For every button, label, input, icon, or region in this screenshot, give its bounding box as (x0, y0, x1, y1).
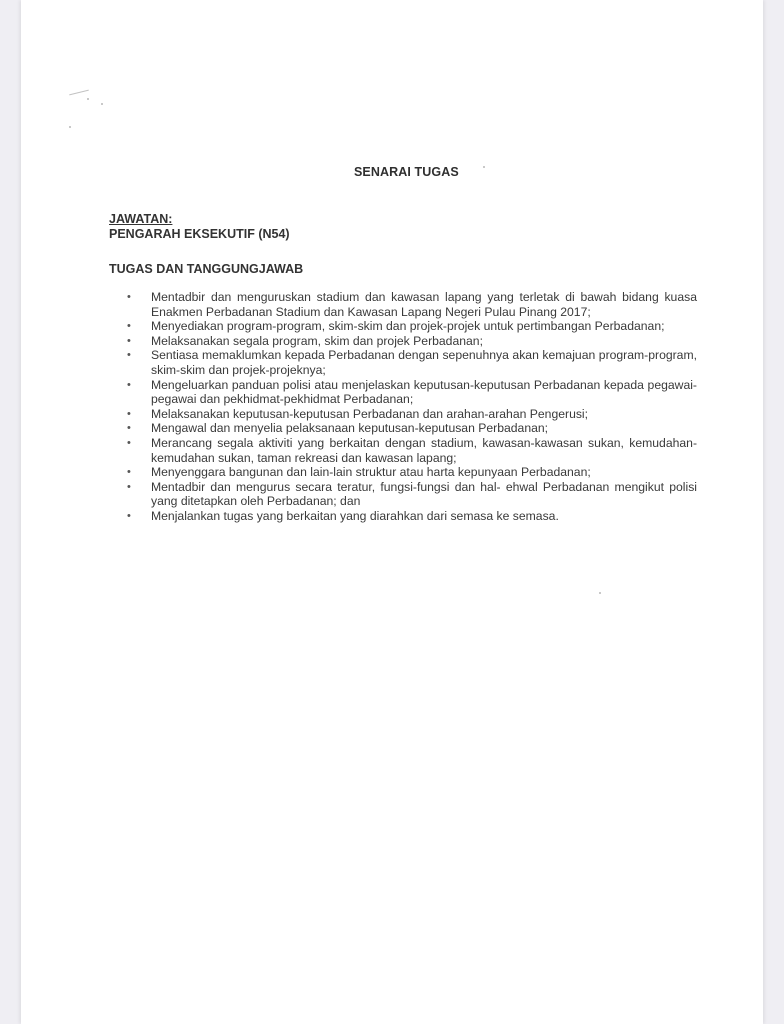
duty-item: •Mengawal dan menyelia pelaksanaan keput… (121, 421, 697, 436)
duty-item: •Mengeluarkan panduan polisi atau menjel… (121, 378, 697, 407)
duty-item: •Sentiasa memaklumkan kepada Perbadanan … (121, 348, 697, 377)
duty-text: Merancang segala aktiviti yang berkaitan… (151, 436, 697, 465)
duty-item: •Menyediakan program-program, skim-skim … (121, 319, 697, 334)
bullet-icon: • (127, 421, 131, 436)
duties-list: •Mentadbir dan menguruskan stadium dan k… (121, 290, 697, 524)
duty-text: Sentiasa memaklumkan kepada Perbadanan d… (151, 348, 697, 377)
bullet-icon: • (127, 509, 131, 524)
duty-item: •Menyenggara bangunan dan lain-lain stru… (121, 465, 697, 480)
duty-item: •Menjalankan tugas yang berkaitan yang d… (121, 509, 697, 524)
bullet-icon: • (127, 465, 131, 480)
duty-text: Menyenggara bangunan dan lain-lain struk… (151, 465, 591, 479)
duty-text: Mengeluarkan panduan polisi atau menjela… (151, 378, 697, 407)
bullet-icon: • (127, 290, 131, 305)
bullet-icon: • (127, 378, 131, 393)
duty-text: Mengawal dan menyelia pelaksanaan keputu… (151, 421, 548, 435)
duty-text: Menjalankan tugas yang berkaitan yang di… (151, 509, 559, 523)
position-label: JAWATAN: (109, 212, 172, 226)
bullet-icon: • (127, 436, 131, 451)
scan-speck (599, 592, 601, 594)
scan-speck (69, 126, 71, 128)
scan-speck (87, 98, 89, 100)
duties-heading: TUGAS DAN TANGGUNGJAWAB (109, 262, 303, 276)
document-title: SENARAI TUGAS (354, 165, 459, 179)
duty-text: Melaksanakan keputusan-keputusan Perbada… (151, 407, 588, 421)
duty-item: •Melaksanakan keputusan-keputusan Perbad… (121, 407, 697, 422)
duty-item: •Mentadbir dan mengurus secara teratur, … (121, 480, 697, 509)
bullet-icon: • (127, 334, 131, 349)
scan-speck (101, 103, 103, 105)
bullet-icon: • (127, 348, 131, 363)
duty-item: •Mentadbir dan menguruskan stadium dan k… (121, 290, 697, 319)
duty-text: Mentadbir dan menguruskan stadium dan ka… (151, 290, 697, 319)
bullet-icon: • (127, 480, 131, 495)
scan-mark (69, 90, 89, 96)
document-page: SENARAI TUGAS JAWATAN: PENGARAH EKSEKUTI… (21, 0, 763, 1024)
duty-item: •Merancang segala aktiviti yang berkaita… (121, 436, 697, 465)
bullet-icon: • (127, 407, 131, 422)
scan-speck (483, 166, 485, 168)
duty-text: Menyediakan program-program, skim-skim d… (151, 319, 664, 333)
duty-text: Mentadbir dan mengurus secara teratur, f… (151, 480, 697, 509)
duty-text: Melaksanakan segala program, skim dan pr… (151, 334, 483, 348)
duty-item: •Melaksanakan segala program, skim dan p… (121, 334, 697, 349)
position-value: PENGARAH EKSEKUTIF (N54) (109, 227, 290, 241)
bullet-icon: • (127, 319, 131, 334)
